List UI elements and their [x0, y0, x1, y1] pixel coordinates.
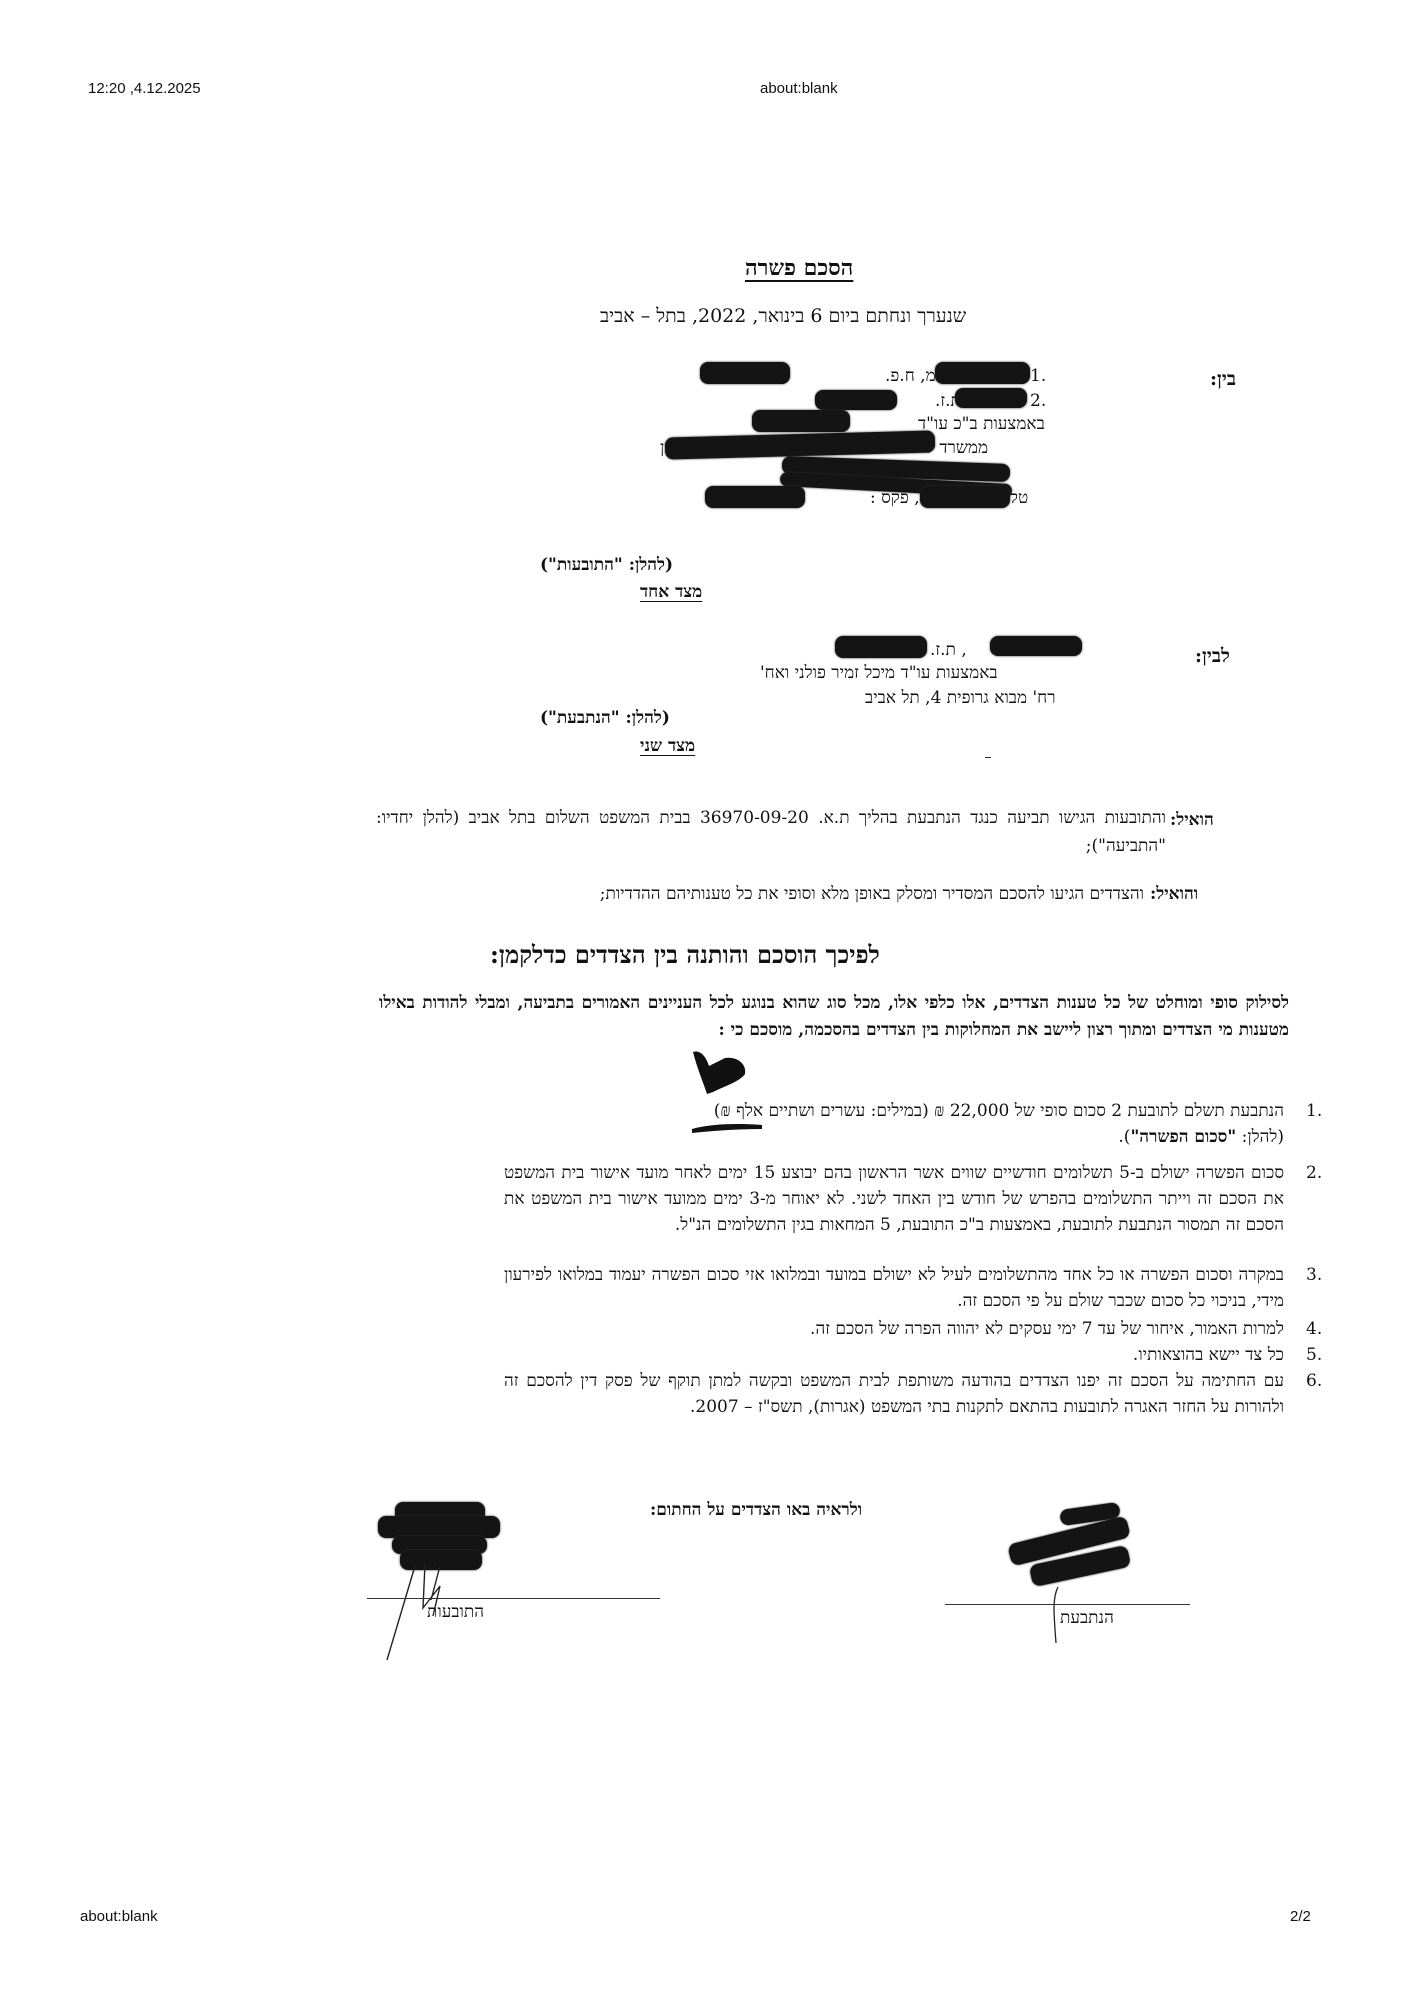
party-a-label: בין: — [1210, 368, 1236, 391]
party-a-line2-num: .2 — [1030, 391, 1046, 411]
redaction — [815, 390, 897, 410]
intro-paragraph: לסילוק סופי ומוחלט של כל טענות הצדדים, א… — [379, 990, 1289, 1044]
redaction — [955, 388, 1027, 408]
clause-4-text: למרות האמור, איחור של עד 7 ימי עסקים לא … — [504, 1316, 1284, 1342]
clause-1-defined-term: "סכום הפשרה" — [1130, 1127, 1236, 1147]
agreed-heading: לפיכך הוסכם והותנה בין הצדדים כדלקמן: — [490, 940, 880, 970]
party-a-hereinafter: (להלן: "התובעות") — [540, 555, 673, 575]
redaction — [835, 636, 927, 658]
clause-5: 5. כל צד יישא בהוצאותיו. — [504, 1342, 1284, 1368]
clause-3-text: במקרה וסכום הפשרה או כל אחד מהתשלומים לע… — [504, 1262, 1284, 1314]
clause-1-text-c: (להלן: — [1236, 1127, 1284, 1147]
clause-5-number: 5. — [1306, 1342, 1336, 1368]
clause-6: 6. עם החתימה על הסכם זה יפנו הצדדים בהוד… — [504, 1368, 1284, 1420]
handwritten-arrow-icon — [685, 1048, 755, 1096]
clause-1-amount: 22,000 ₪ — [934, 1101, 1009, 1121]
party-b-line3-text: רח' מבוא גרופית 4, תל אביב — [865, 688, 1056, 708]
redaction — [920, 486, 1010, 508]
redaction — [700, 362, 790, 384]
redaction — [752, 410, 850, 432]
redaction — [705, 486, 805, 508]
redaction — [665, 430, 935, 459]
whereas-1-text: והתובעות הגישו תביעה כנגד הנתבעת בהליך ת… — [376, 804, 1166, 860]
clause-3-number: 3. — [1306, 1262, 1336, 1288]
clause-1-text-b: (במילים: עשרים ושתיים אלף ₪) — [714, 1101, 929, 1121]
plaintiffs-signature-label: התובעות — [427, 1602, 484, 1622]
party-b-side: מצד שני — [640, 736, 695, 756]
party-a-line4-end: ן — [660, 438, 664, 458]
signatures-heading: ולראיה באו הצדדים על החתום: — [650, 1500, 862, 1520]
party-a-line4-text: ממשרד ל — [926, 438, 988, 458]
redaction — [378, 1516, 500, 1538]
party-a-side: מצד אחד — [640, 582, 702, 602]
clause-1-text-d: ). — [1118, 1127, 1130, 1147]
document-title: הסכם פשרה — [745, 255, 853, 281]
clause-6-number: 6. — [1306, 1368, 1336, 1394]
clause-3: 3. במקרה וסכום הפשרה או כל אחד מהתשלומים… — [504, 1262, 1284, 1314]
plaintiffs-signature-line — [367, 1598, 660, 1599]
clause-6-text: עם החתימה על הסכם זה יפנו הצדדים בהודעה … — [504, 1368, 1284, 1420]
clause-2-text: סכום הפשרה ישולם ב-5 תשלומים חודשיים שוו… — [504, 1160, 1284, 1238]
party-b-line1-text: , ת.ז. — [930, 640, 967, 660]
party-a-line1-num: .1 — [1030, 366, 1046, 386]
party-b-line2-text: באמצעות עו"ד מיכל זמיר פולני ואח' — [760, 663, 998, 683]
defendant-signature-label: הנתבעת — [1060, 1608, 1114, 1628]
clause-1: 1. הנתבעת תשלם לתובעת 2 סכום סופי של 22,… — [504, 1098, 1284, 1150]
clause-4-number: 4. — [1306, 1316, 1336, 1342]
party-a-line3-text: באמצעות ב"כ עו"ד — [918, 414, 1045, 434]
handwritten-underline-icon — [690, 1120, 765, 1134]
defendant-signature-line — [945, 1604, 1190, 1605]
clause-1-text-a: הנתבעת תשלם לתובעת 2 סכום סופי של — [1015, 1101, 1284, 1121]
settlement-agreement-page: הסכם פשרה שנערך ונחתם ביום 6 בינואר, 202… — [0, 0, 1414, 2000]
document-subtitle: שנערך ונחתם ביום 6 בינואר, 2022, בתל – א… — [600, 305, 966, 328]
clause-1-number: 1. — [1306, 1098, 1336, 1124]
redaction — [990, 636, 1082, 656]
whereas-1-label: הואיל: — [1170, 810, 1214, 830]
clause-2-number: 2. — [1306, 1160, 1336, 1186]
clause-2: 2. סכום הפשרה ישולם ב-5 תשלומים חודשיים … — [504, 1160, 1284, 1238]
clause-4: 4. למרות האמור, איחור של עד 7 ימי עסקים … — [504, 1316, 1284, 1342]
party-b-label: לבין: — [1195, 645, 1230, 668]
redaction — [935, 362, 1030, 384]
party-a-phone-label: טל — [1010, 488, 1028, 508]
party-b-hereinafter: (להלן: "הנתבעת") — [540, 708, 670, 728]
whereas-2-text: והצדדים הגיעו להסכם המסדיר ומסלק באופן מ… — [344, 880, 1144, 908]
whereas-2-label: והואיל: — [1150, 884, 1198, 904]
party-a-fax-label: , פקס : — [870, 488, 920, 508]
clause-5-text: כל צד יישא בהוצאותיו. — [504, 1342, 1284, 1368]
stray-mark — [985, 757, 991, 758]
